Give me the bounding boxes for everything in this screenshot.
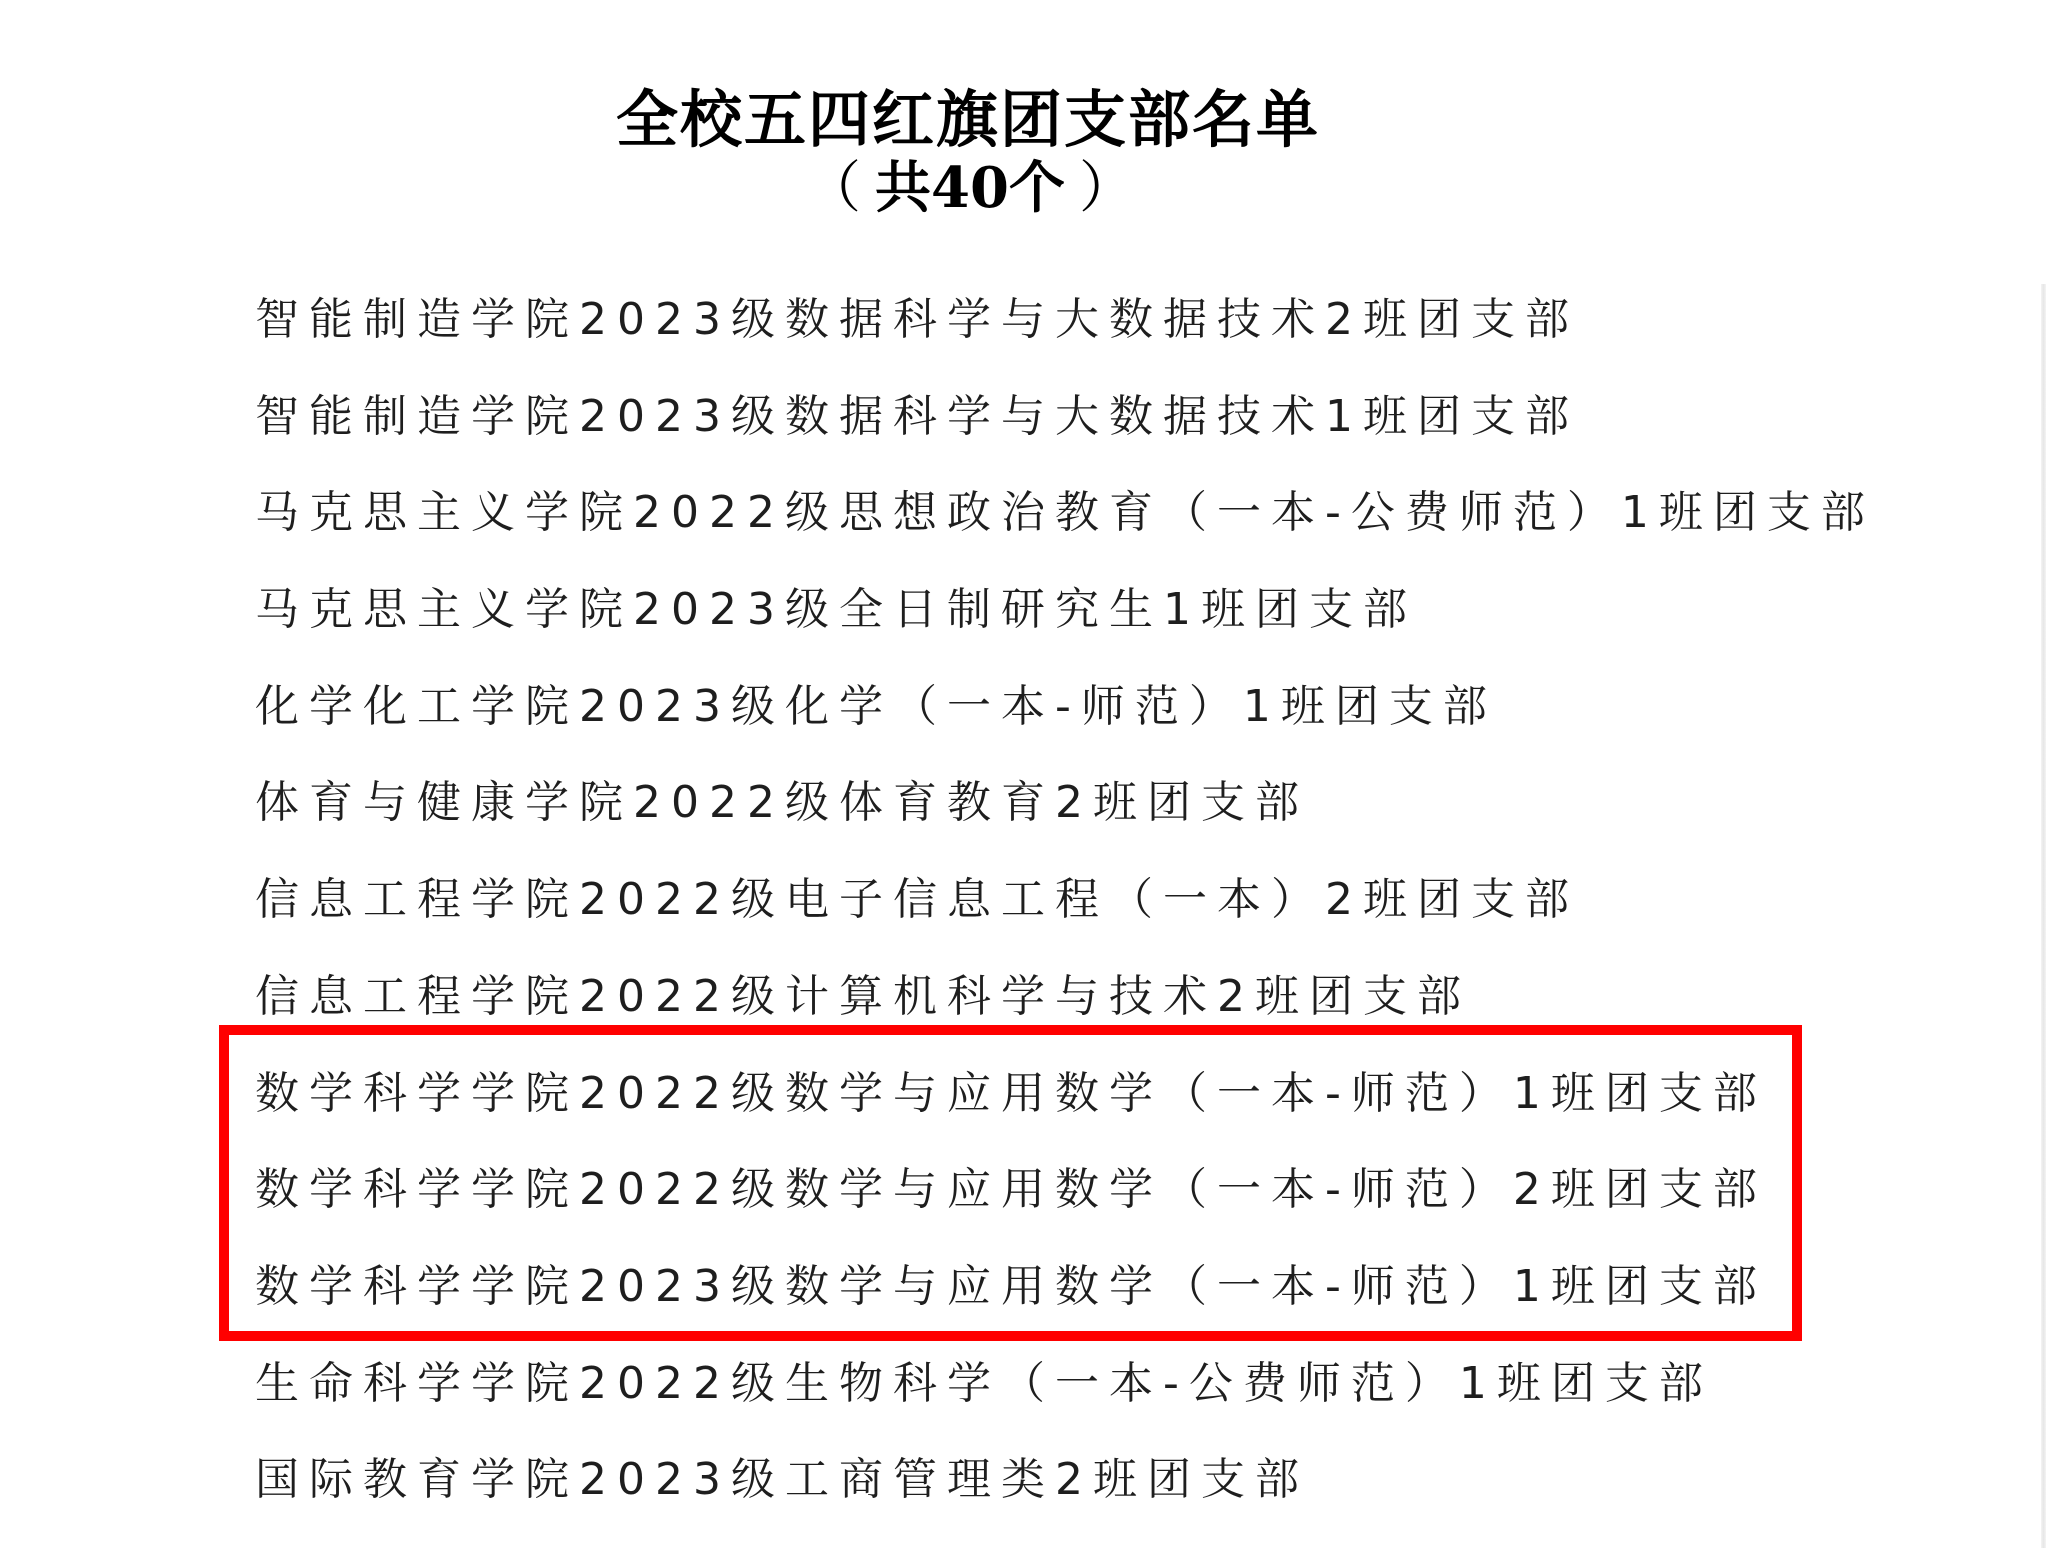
list-item: 生命科学学院2022级生物科学（一本-公费师范）1班团支部 <box>255 1352 1875 1449</box>
list-item: 马克思主义学院2022级思想政治教育（一本-公费师范）1班团支部 <box>255 481 1875 578</box>
list-item: 化学化工学院2023级化学（一本-师范）1班团支部 <box>255 675 1875 772</box>
branch-list: 智能制造学院2023级数据科学与大数据技术2班团支部 智能制造学院2023级数据… <box>255 288 1875 1545</box>
list-item: 智能制造学院2023级数据科学与大数据技术2班团支部 <box>255 288 1875 385</box>
list-item-highlighted: 数学科学学院2023级数学与应用数学（一本-师范）1班团支部 <box>255 1255 1875 1352</box>
list-item: 信息工程学院2022级计算机科学与技术2班团支部 <box>255 965 1875 1062</box>
subtitle-close-paren: ） <box>1065 151 1149 227</box>
page-edge-shadow <box>2041 284 2046 1548</box>
document-title: 全校五四红旗团支部名单 <box>0 80 1936 160</box>
list-item: 马克思主义学院2023级全日制研究生1班团支部 <box>255 578 1875 675</box>
subtitle-open-paren: （ <box>791 151 875 227</box>
document-subtitle: （共40个） <box>0 150 1940 227</box>
list-item: 信息工程学院2022级电子信息工程（一本）2班团支部 <box>255 868 1875 965</box>
list-item: 体育与健康学院2022级体育教育2班团支部 <box>255 771 1875 868</box>
list-item-highlighted: 数学科学学院2022级数学与应用数学（一本-师范）2班团支部 <box>255 1158 1875 1255</box>
subtitle-count-text: 共40个 <box>875 155 1065 221</box>
list-item-highlighted: 数学科学学院2022级数学与应用数学（一本-师范）1班团支部 <box>255 1062 1875 1159</box>
list-item: 智能制造学院2023级数据科学与大数据技术1班团支部 <box>255 385 1875 482</box>
list-item: 国际教育学院2023级工商管理类2班团支部 <box>255 1448 1875 1545</box>
